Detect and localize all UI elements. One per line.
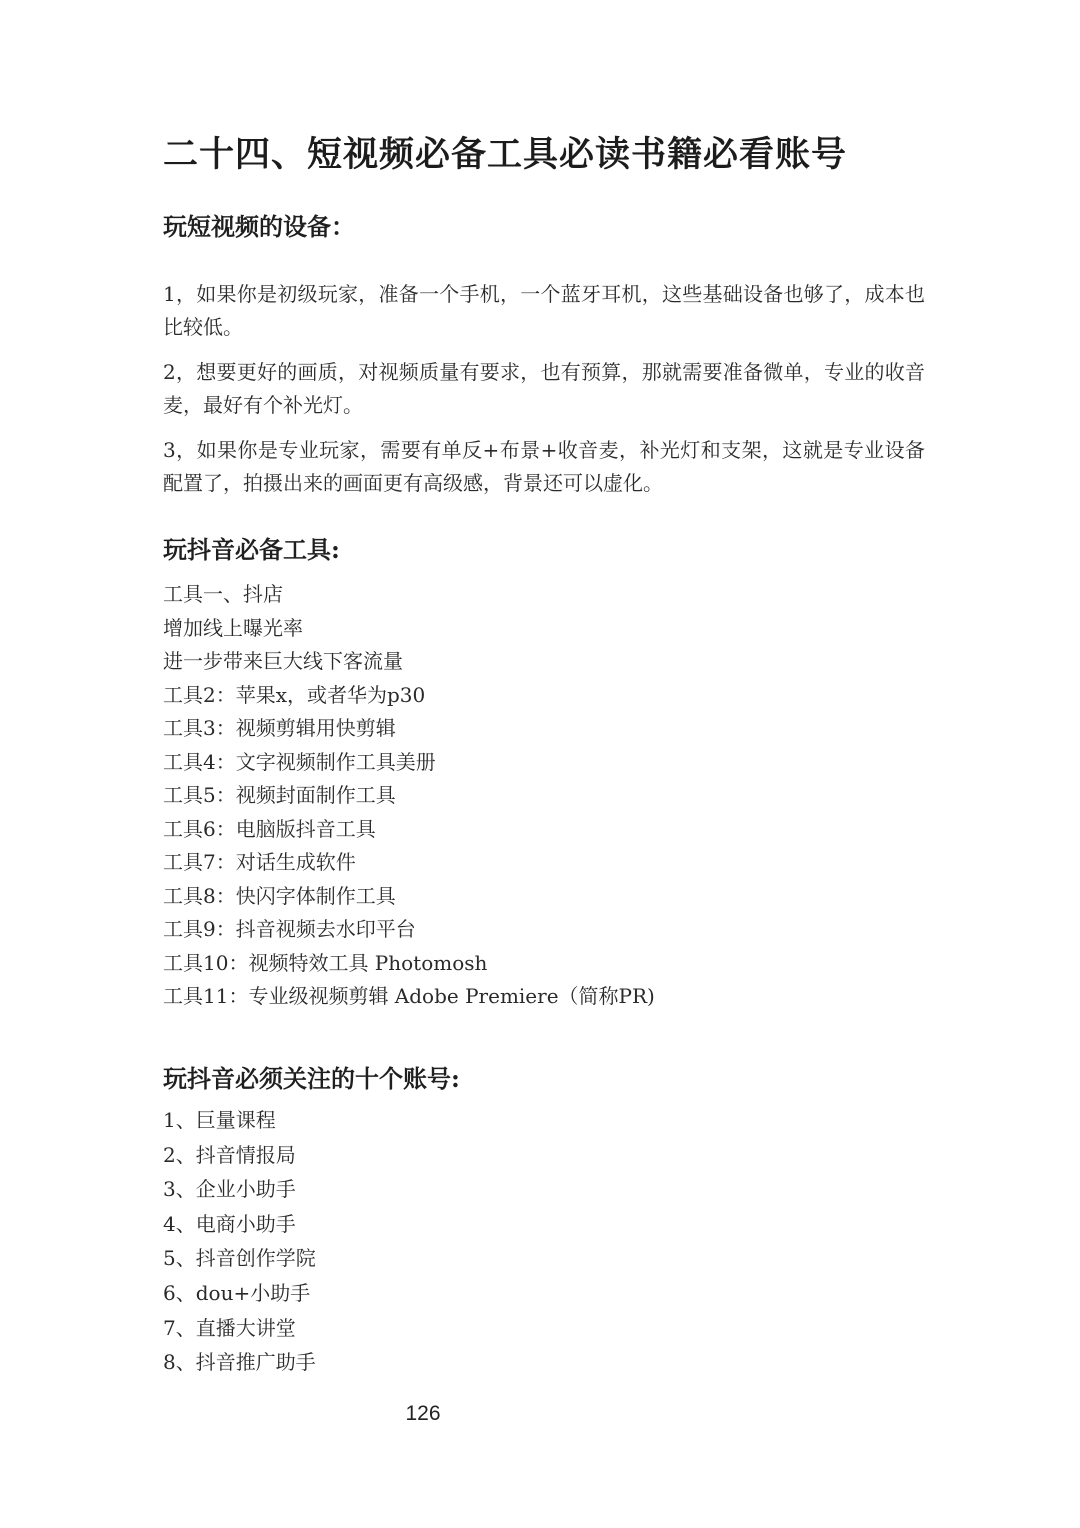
tool-list-item: 工具一、抖店: [163, 578, 963, 612]
tool-list: 工具一、抖店 增加线上曝光率 进一步带来巨大线下客流量 工具2：苹果x，或者华为…: [163, 578, 963, 1014]
account-list-item: 6、dou+小助手: [163, 1276, 963, 1311]
page-title: 二十四、短视频必备工具必读书籍必看账号: [163, 134, 847, 176]
account-list-item: 4、电商小助手: [163, 1207, 963, 1242]
tool-list-item: 工具4：文字视频制作工具美册: [163, 746, 963, 780]
section-heading-tools: 玩抖音必备工具:: [163, 533, 340, 567]
account-list-item: 7、直播大讲堂: [163, 1311, 963, 1346]
tool-list-item: 增加线上曝光率: [163, 612, 963, 646]
tool-list-item: 工具8：快闪字体制作工具: [163, 880, 963, 914]
device-paragraph-3: 3，如果你是专业玩家，需要有单反+布景+收音麦，补光灯和支架，这就是专业设备配置…: [163, 434, 925, 500]
device-paragraph-2: 2，想要更好的画质，对视频质量有要求，也有预算，那就需要准备微单，专业的收音麦，…: [163, 356, 925, 422]
tool-list-item: 工具5：视频封面制作工具: [163, 779, 963, 813]
tool-list-item: 工具3：视频剪辑用快剪辑: [163, 712, 963, 746]
tool-list-item: 工具6：电脑版抖音工具: [163, 813, 963, 847]
document-page: 二十四、短视频必备工具必读书籍必看账号 玩短视频的设备： 1，如果你是初级玩家，…: [0, 0, 1080, 1528]
section-heading-devices: 玩短视频的设备：: [163, 210, 355, 244]
tool-list-item: 进一步带来巨大线下客流量: [163, 645, 963, 679]
account-list-item: 5、抖音创作学院: [163, 1241, 963, 1276]
section-heading-accounts: 玩抖音必须关注的十个账号:: [163, 1062, 460, 1096]
account-list-item: 2、抖音情报局: [163, 1138, 963, 1173]
tool-list-item: 工具7：对话生成软件: [163, 846, 963, 880]
account-list: 1、巨量课程 2、抖音情报局 3、企业小助手 4、电商小助手 5、抖音创作学院 …: [163, 1103, 963, 1380]
account-list-item: 8、抖音推广助手: [163, 1345, 963, 1380]
tool-list-item: 工具11：专业级视频剪辑 Adobe Premiere（简称PR): [163, 980, 963, 1014]
account-list-item: 1、巨量课程: [163, 1103, 963, 1138]
device-paragraph-1: 1，如果你是初级玩家，准备一个手机，一个蓝牙耳机，这些基础设备也够了，成本也比较…: [163, 278, 925, 344]
tool-list-item: 工具2：苹果x，或者华为p30: [163, 679, 963, 713]
account-list-item: 3、企业小助手: [163, 1172, 963, 1207]
tool-list-item: 工具9：抖音视频去水印平台: [163, 913, 963, 947]
devices-paragraphs: 1，如果你是初级玩家，准备一个手机，一个蓝牙耳机，这些基础设备也够了，成本也比较…: [163, 278, 925, 512]
page-number: 126: [0, 1402, 846, 1426]
tool-list-item: 工具10：视频特效工具 Photomosh: [163, 947, 963, 981]
